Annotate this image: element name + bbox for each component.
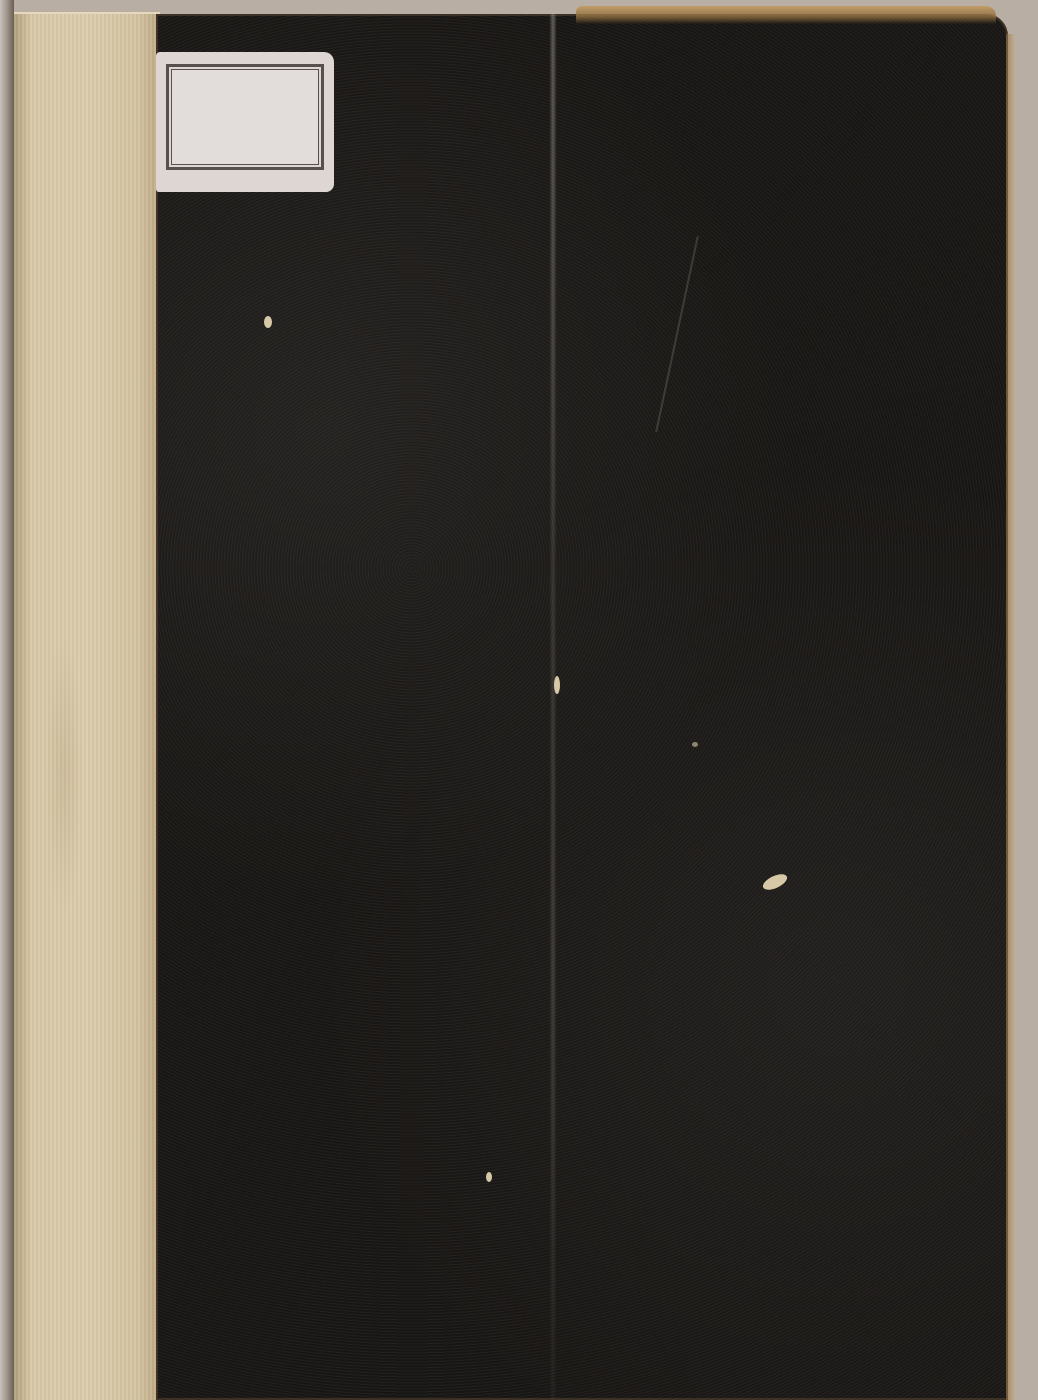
cover-label <box>156 52 334 192</box>
cover-nick <box>486 1172 492 1182</box>
top-edge-wear <box>576 6 996 24</box>
book-cover <box>156 14 1008 1400</box>
cover-scratch <box>655 236 699 432</box>
book-photo <box>0 0 1038 1400</box>
cover-nick <box>264 316 272 328</box>
right-edge-wear <box>1006 34 1014 1400</box>
book-spine <box>14 12 160 1400</box>
book-edge <box>0 0 14 1400</box>
cover-crease <box>551 14 555 1400</box>
cover-nick <box>692 742 698 747</box>
cover-nick <box>554 676 560 694</box>
spine-stain <box>44 634 84 914</box>
cover-nick <box>761 871 790 893</box>
label-frame <box>166 64 324 170</box>
